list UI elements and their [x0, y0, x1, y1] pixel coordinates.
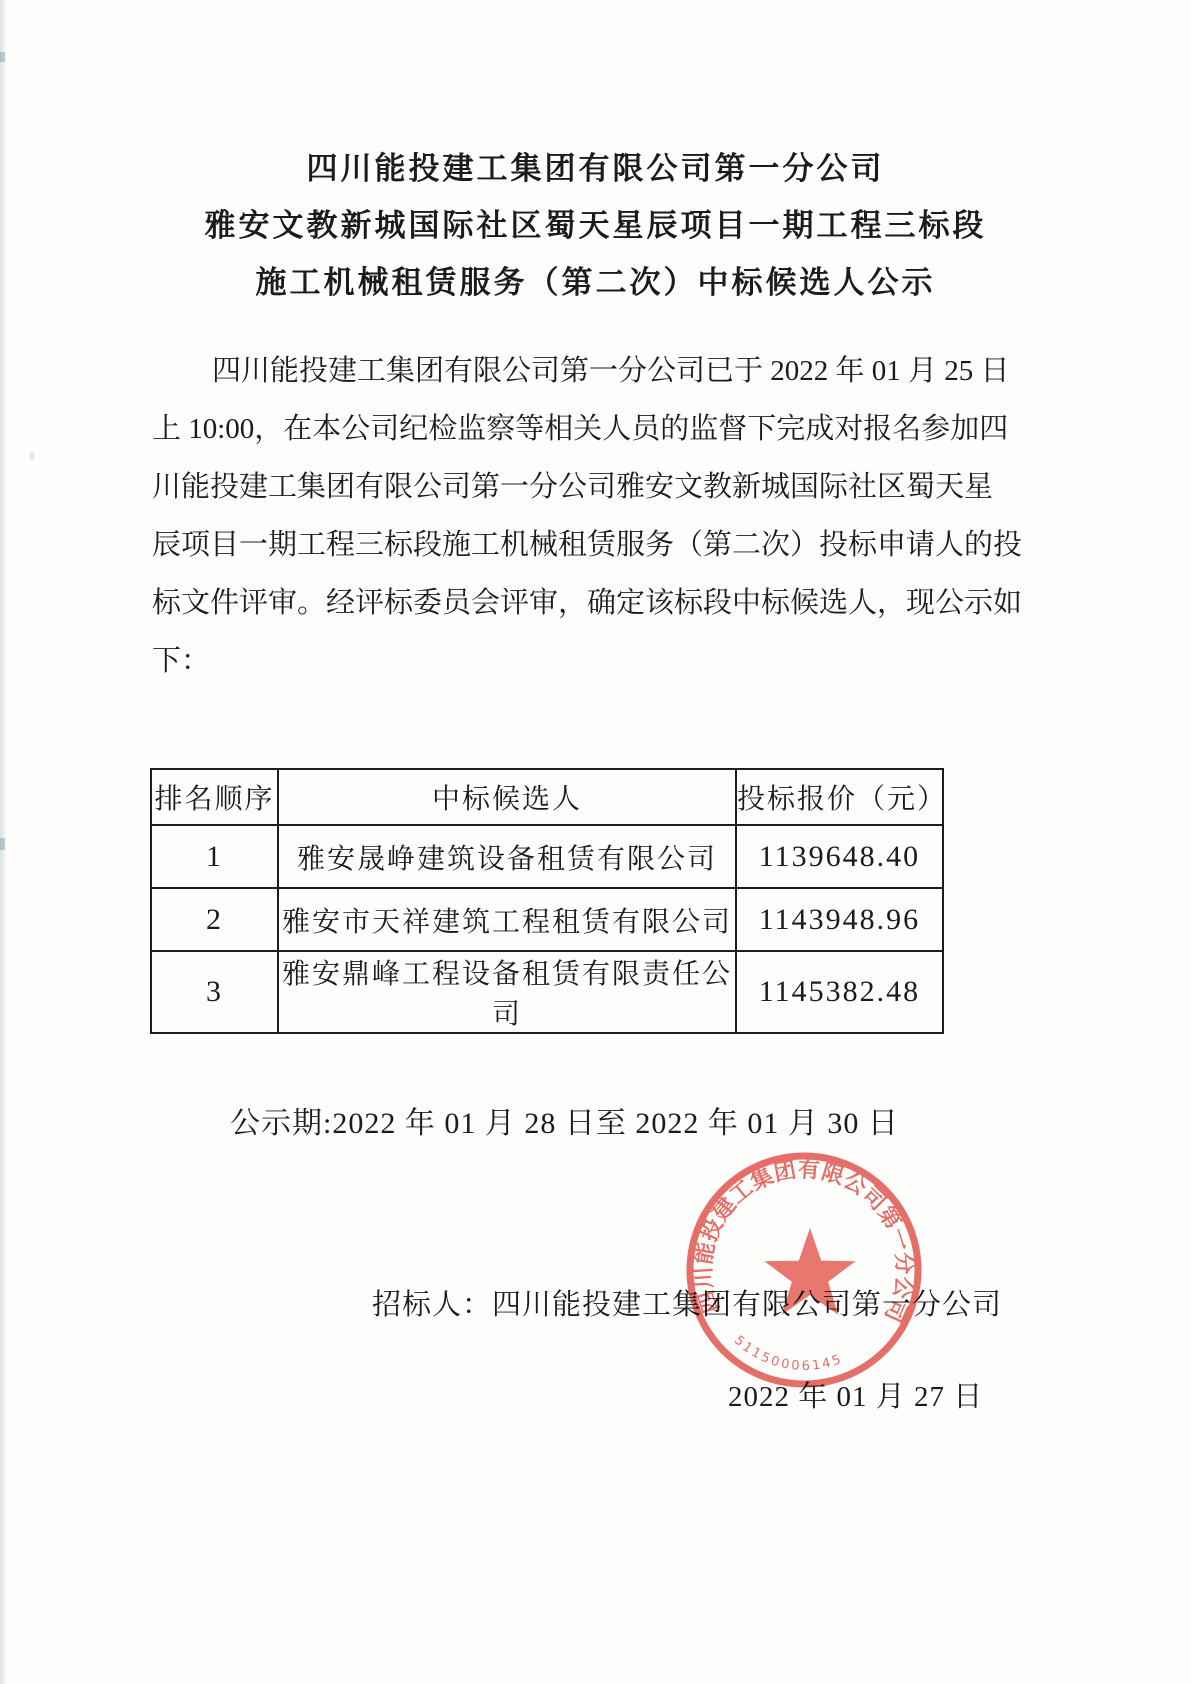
document-page: 四川能投建工集团有限公司第一分公司 雅安文教新城国际社区蜀天星辰项目一期工程三标… [0, 0, 1191, 1684]
body-line: 辰项目一期工程三标段施工机械租赁服务（第二次）投标申请人的投 [152, 516, 942, 574]
body-line: 标文件评审。经评标委员会评审，确定该标段中标候选人，现公示如 [152, 574, 942, 632]
header-candidate: 中标候选人 [278, 769, 736, 825]
table-row: 3 雅安鼎峰工程设备租赁有限责任公司 1145382.48 [151, 951, 943, 1033]
candidate-cell: 雅安市天祥建筑工程租赁有限公司 [278, 888, 736, 951]
price-cell: 1145382.48 [736, 951, 943, 1033]
scan-speck [0, 838, 5, 850]
company-seal-stamp: 四川能投建工集团有限公司第一分公司 51150006145 [660, 1120, 950, 1410]
body-paragraph: 四川能投建工集团有限公司第一分公司已于 2022 年 01 月 25 日 上 1… [152, 342, 942, 690]
title-line-3: 施工机械租赁服务（第二次）中标候选人公示 [0, 254, 1191, 311]
header-rank: 排名顺序 [151, 769, 278, 825]
header-price: 投标报价（元） [736, 769, 943, 825]
body-line: 川能投建工集团有限公司第一分公司雅安文教新城国际社区蜀天星 [152, 458, 942, 516]
body-line: 下： [152, 632, 942, 690]
candidate-cell: 雅安鼎峰工程设备租赁有限责任公司 [278, 951, 736, 1033]
body-line: 四川能投建工集团有限公司第一分公司已于 2022 年 01 月 25 日 [152, 342, 942, 400]
rank-cell: 2 [151, 888, 278, 951]
publicity-period: 公示期:2022 年 01 月 28 日至 2022 年 01 月 30 日 [230, 1098, 899, 1142]
scan-speck [0, 52, 5, 62]
scan-speck [30, 452, 34, 460]
seal-ring [690, 1156, 918, 1384]
table-header-row: 排名顺序 中标候选人 投标报价（元） [151, 769, 943, 825]
candidate-cell: 雅安晟峥建筑设备租赁有限公司 [278, 825, 736, 888]
title-line-2: 雅安文教新城国际社区蜀天星辰项目一期工程三标段 [0, 197, 1191, 254]
body-line: 上 10:00，在本公司纪检监察等相关人员的监督下完成对报名参加四 [152, 400, 942, 458]
table-row: 1 雅安晟峥建筑设备租赁有限公司 1139648.40 [151, 825, 943, 888]
title-line-1: 四川能投建工集团有限公司第一分公司 [0, 140, 1191, 197]
document-title: 四川能投建工集团有限公司第一分公司 雅安文教新城国际社区蜀天星辰项目一期工程三标… [0, 140, 1191, 311]
table-row: 2 雅安市天祥建筑工程租赁有限公司 1143948.96 [151, 888, 943, 951]
tenderer-line: 招标人：四川能投建工集团有限公司第一分公司 [372, 1282, 1002, 1323]
seal-number-text: 51150006145 [731, 1333, 845, 1374]
rank-cell: 3 [151, 951, 278, 1033]
price-cell: 1143948.96 [736, 888, 943, 951]
date-line: 2022 年 01 月 27 日 [728, 1374, 983, 1415]
candidates-table: 排名顺序 中标候选人 投标报价（元） 1 雅安晟峥建筑设备租赁有限公司 1139… [150, 768, 944, 1034]
rank-cell: 1 [151, 825, 278, 888]
price-cell: 1139648.40 [736, 825, 943, 888]
